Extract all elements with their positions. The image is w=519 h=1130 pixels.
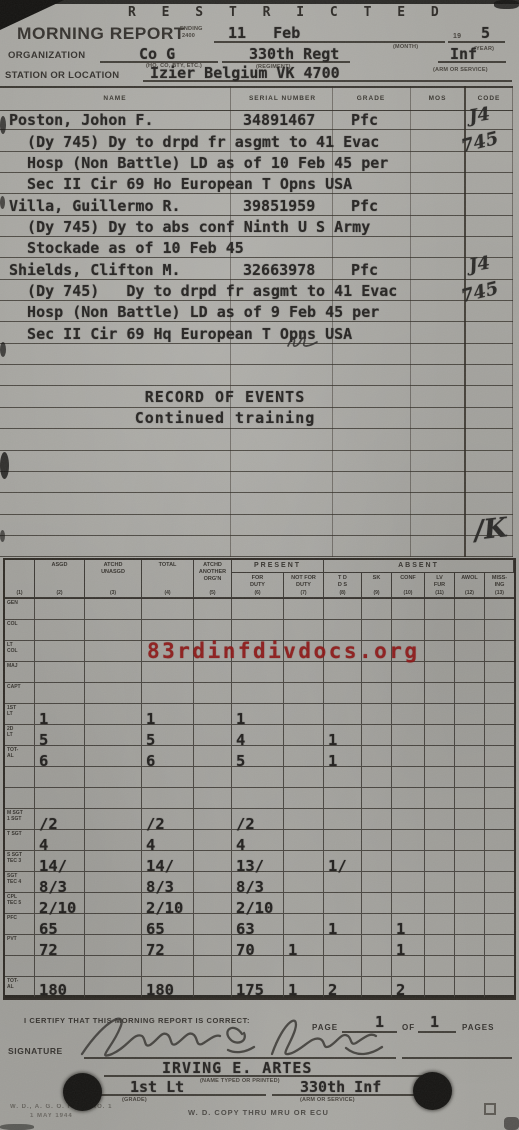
strength-value: 2 — [328, 983, 337, 999]
rank-row-label: TOT- AL — [5, 746, 35, 767]
strength-cell — [485, 683, 514, 704]
strength-cell — [142, 956, 194, 977]
roster-line: Sec II Cir 69 Ho European T Opns USA — [0, 173, 513, 194]
column-header-label: CONF — [400, 575, 416, 582]
record-of-events-text: Continued training — [95, 411, 355, 426]
roster-line — [0, 365, 513, 386]
roster-serial: 32663978 — [243, 263, 315, 278]
roster-line: Sec II Cir 69 Hq European T Opns USA — [0, 322, 513, 343]
strength-cell: 1 — [284, 935, 324, 956]
roster-entry-text: Poston, Johon F. — [9, 113, 154, 128]
roster-line: Hosp (Non Battle) LD as of 10 Feb 45 per — [0, 152, 513, 173]
strength-accounting-table: (1)ASGD(2)ATCHD UNASGD(3)TOTAL(4)ATCHD A… — [3, 558, 516, 1000]
strength-cell — [232, 683, 284, 704]
strength-cell — [324, 830, 362, 851]
strength-cell: 8/3 — [142, 872, 194, 893]
strength-cell: 1 — [142, 704, 194, 725]
column-header-label: ATCHD UNASGD — [101, 562, 125, 576]
strength-cell — [85, 977, 142, 998]
roster-entries: Poston, Johon F.34891467PfcJ4 (Dy 745) D… — [0, 109, 513, 557]
strength-cell — [284, 809, 324, 830]
strength-cell — [485, 725, 514, 746]
scan-edge-bottom-right — [504, 1117, 519, 1130]
roster-line — [0, 493, 513, 514]
column-header-label: ASGD — [52, 562, 68, 569]
scan-blob-left — [0, 116, 6, 134]
column-header: (1) — [5, 560, 35, 598]
strength-cell — [142, 788, 194, 809]
column-header-label: SK — [373, 575, 381, 582]
strength-cell — [194, 599, 232, 620]
strength-cell — [455, 641, 485, 662]
strength-cell — [85, 767, 142, 788]
strength-cell — [425, 641, 455, 662]
strength-cell — [35, 788, 85, 809]
strength-cell — [284, 851, 324, 872]
roster-line — [0, 472, 513, 493]
strength-cell — [324, 704, 362, 725]
morning-report-scan: R E S T R I C T E D MORNING REPORT ENDIN… — [0, 0, 519, 1130]
column-header: SK(9) — [362, 573, 392, 598]
strength-cell — [85, 956, 142, 977]
strength-cell — [425, 620, 455, 641]
strength-cell — [142, 767, 194, 788]
strength-cell — [455, 893, 485, 914]
strength-cell: 6 — [142, 746, 194, 767]
strength-cell — [392, 767, 425, 788]
strength-cell — [455, 872, 485, 893]
strength-cell — [324, 767, 362, 788]
strength-cell — [455, 851, 485, 872]
strength-cell — [85, 893, 142, 914]
strength-cell — [362, 809, 392, 830]
strength-cell — [35, 683, 85, 704]
column-group-label: ABSENT — [324, 560, 514, 573]
strength-cell — [425, 956, 455, 977]
strength-cell — [284, 788, 324, 809]
strength-cell: 8/3 — [232, 872, 284, 893]
strength-cell — [85, 872, 142, 893]
signature-underline-2 — [402, 1040, 512, 1059]
strength-cell — [85, 809, 142, 830]
roster-line — [0, 451, 513, 472]
strength-cell — [284, 914, 324, 935]
officer-arm: 330th Inf — [300, 1080, 381, 1095]
strength-cell — [194, 620, 232, 641]
column-header-label: AWOL — [461, 575, 478, 582]
rank-row-label — [5, 788, 35, 809]
strength-value: 2 — [396, 983, 405, 999]
strength-cell — [392, 599, 425, 620]
strength-cell — [455, 725, 485, 746]
scan-edge-bottom-left — [0, 1124, 34, 1130]
copy-routing-note: W. D. COPY THRU MRU OR ECU — [188, 1108, 329, 1117]
scan-blob-top-right — [494, 0, 519, 9]
column-header-label: PRESENT — [254, 562, 301, 571]
column-header: NOT FOR DUTY(7) — [284, 573, 324, 598]
strength-cell — [362, 893, 392, 914]
org-regt-value: 330th Regt — [249, 47, 339, 62]
column-number: (5) — [209, 590, 215, 596]
form-number-line1: W. D., A. G. O. FORM NO. 1 — [10, 1104, 112, 1110]
column-header-label: NOT FOR DUTY — [291, 575, 316, 589]
strength-cell: 8/3 — [35, 872, 85, 893]
strength-cell — [455, 599, 485, 620]
strength-cell: /2 — [35, 809, 85, 830]
strength-cell — [392, 809, 425, 830]
strength-cell: /2 — [232, 809, 284, 830]
scan-blob-left — [0, 452, 9, 479]
strength-cell — [425, 872, 455, 893]
strength-cell — [142, 599, 194, 620]
signature-label: SIGNATURE — [8, 1046, 63, 1056]
strength-cell — [485, 830, 514, 851]
report-date: 11 Feb — [228, 26, 300, 41]
column-number: (3) — [110, 590, 116, 596]
roster-line: Villa, Guillermo R.39851959Pfc — [0, 194, 513, 215]
strength-cell: 14/ — [142, 851, 194, 872]
strength-table-header: (1)ASGD(2)ATCHD UNASGD(3)TOTAL(4)ATCHD A… — [5, 560, 514, 599]
archive-watermark: 83rdinfdivdocs.org — [147, 641, 420, 662]
roster-line: RECORD OF EVENTS — [0, 386, 513, 407]
rank-row-label — [5, 956, 35, 977]
month-sub-label: (MONTH) — [393, 44, 418, 50]
rank-row-label: MAJ — [5, 662, 35, 683]
strength-cell — [455, 830, 485, 851]
strength-cell — [284, 683, 324, 704]
column-header: TOTAL(4) — [142, 560, 194, 598]
strength-cell — [324, 662, 362, 683]
strength-cell — [284, 704, 324, 725]
strength-cell: 1 — [324, 914, 362, 935]
strength-cell — [392, 620, 425, 641]
roster-line — [0, 429, 513, 450]
roster-line: Stockade as of 10 Feb 45 — [0, 237, 513, 258]
roster-line: /K — [0, 536, 513, 557]
strength-cell: 70 — [232, 935, 284, 956]
strength-cell — [425, 767, 455, 788]
column-number: (13) — [495, 590, 504, 596]
roster-entry-text: Hosp (Non Battle) LD as of 9 Feb 45 per — [9, 305, 379, 320]
column-number: (11) — [435, 590, 444, 596]
strength-cell — [85, 788, 142, 809]
strength-cell — [425, 788, 455, 809]
strength-cell — [85, 620, 142, 641]
strength-cell — [362, 977, 392, 998]
column-header-label: ABSENT — [398, 562, 439, 571]
strength-cell — [284, 767, 324, 788]
strength-cell — [194, 809, 232, 830]
col-serial-number: SERIAL NUMBER — [235, 95, 330, 102]
strength-cell: 5 — [232, 746, 284, 767]
strength-cell — [324, 620, 362, 641]
strength-cell: 175 — [232, 977, 284, 998]
strength-cell — [85, 725, 142, 746]
roster-serial: 34891467 — [243, 113, 315, 128]
form-title: MORNING REPORT — [17, 24, 185, 44]
roster-line: Poston, Johon F.34891467PfcJ4 — [0, 109, 513, 130]
strength-cell — [485, 704, 514, 725]
strength-cell — [324, 956, 362, 977]
organization-label: ORGANIZATION — [8, 50, 85, 61]
strength-cell — [35, 620, 85, 641]
column-group-label: PRESENT — [232, 560, 324, 573]
pages-value: 1 — [430, 1015, 439, 1030]
strength-cell — [194, 872, 232, 893]
strength-cell — [392, 662, 425, 683]
grade-sub-label: (GRADE) — [122, 1097, 147, 1103]
rank-row-label: 1ST LT — [5, 704, 35, 725]
strength-cell — [392, 725, 425, 746]
roster-entry-text: Hosp (Non Battle) LD as of 10 Feb 45 per — [9, 156, 388, 171]
strength-cell — [455, 977, 485, 998]
strength-cell — [455, 746, 485, 767]
rank-row-label: COL — [5, 620, 35, 641]
strength-cell — [392, 704, 425, 725]
roster-entry-text: (Dy 745) Dy to drpd fr asgmt to 41 Evac — [9, 284, 397, 299]
col-name: NAME — [60, 95, 170, 102]
strength-cell: 4 — [232, 830, 284, 851]
handwritten-code: J4 — [467, 253, 491, 277]
strength-cell — [425, 914, 455, 935]
strength-cell — [35, 641, 85, 662]
strength-cell — [455, 935, 485, 956]
station-label: STATION OR LOCATION — [5, 70, 119, 81]
strength-cell — [284, 872, 324, 893]
strength-cell: 4 — [232, 725, 284, 746]
strength-cell — [392, 851, 425, 872]
strength-cell — [362, 767, 392, 788]
roster-entry-text: Stockade as of 10 Feb 45 — [9, 241, 244, 256]
strength-cell: 72 — [142, 935, 194, 956]
strength-cell: 1 — [324, 746, 362, 767]
strength-cell — [194, 788, 232, 809]
strength-cell: 1 — [392, 935, 425, 956]
roster-entry-text: (Dy 745) Dy to drpd fr asgmt to 41 Evac — [9, 135, 379, 150]
strength-cell: 6 — [35, 746, 85, 767]
column-header-label: T D D S — [338, 575, 347, 589]
roster-column-header: NAME SERIAL NUMBER GRADE MOS CODE — [0, 86, 513, 111]
strength-cell — [284, 830, 324, 851]
strength-cell — [425, 746, 455, 767]
org-unit-value: Co G — [139, 47, 175, 62]
strength-cell: /2 — [142, 809, 194, 830]
strength-cell: 4 — [35, 830, 85, 851]
column-number: (10) — [404, 590, 413, 596]
strength-cell — [392, 788, 425, 809]
strength-cell: 1 — [284, 977, 324, 998]
column-number: (6) — [254, 590, 260, 596]
strength-cell — [232, 788, 284, 809]
strength-cell — [425, 809, 455, 830]
handwritten-signature — [76, 1008, 386, 1066]
strength-cell — [485, 872, 514, 893]
strength-cell: 13/ — [232, 851, 284, 872]
strength-cell: 1 — [232, 704, 284, 725]
strength-cell — [362, 599, 392, 620]
roster-line: (Dy 745) Dy to drpd fr asgmt to 41 Evac7… — [0, 130, 513, 151]
strength-cell — [284, 662, 324, 683]
column-number: (1) — [16, 590, 22, 596]
strength-cell — [142, 620, 194, 641]
rank-row-label — [5, 767, 35, 788]
roster-grade: Pfc — [351, 113, 378, 128]
strength-cell — [142, 683, 194, 704]
strength-cell — [485, 662, 514, 683]
rank-row-label: 2D LT — [5, 725, 35, 746]
roster-entry-text: Villa, Guillermo R. — [9, 199, 181, 214]
strength-cell — [324, 935, 362, 956]
roster-grade: Pfc — [351, 263, 378, 278]
strength-cell — [362, 956, 392, 977]
strength-cell — [284, 620, 324, 641]
strength-cell — [455, 704, 485, 725]
strength-cell — [485, 641, 514, 662]
strength-cell: 1 — [35, 704, 85, 725]
strength-cell — [35, 599, 85, 620]
strength-cell — [425, 977, 455, 998]
roster-line: (Dy 745) Dy to drpd fr asgmt to 41 Evac7… — [0, 280, 513, 301]
strength-cell: 72 — [35, 935, 85, 956]
strength-cell: 14/ — [35, 851, 85, 872]
column-header: ATCHD UNASGD(3) — [85, 560, 142, 598]
strength-cell — [362, 725, 392, 746]
strength-cell — [284, 599, 324, 620]
column-number: (8) — [339, 590, 345, 596]
strength-cell — [485, 956, 514, 977]
scan-blob-left — [0, 196, 5, 209]
strength-cell — [392, 893, 425, 914]
roster-line: Hosp (Non Battle) LD as of 9 Feb 45 per — [0, 301, 513, 322]
form-number-line2: 1 MAY 1944 — [30, 1113, 73, 1119]
strength-cell — [455, 683, 485, 704]
strength-value: 180 — [39, 983, 67, 999]
rank-row-label: CPL TEC 5 — [5, 893, 35, 914]
strength-cell — [485, 809, 514, 830]
column-header: ASGD(2) — [35, 560, 85, 598]
strength-cell — [194, 851, 232, 872]
strength-cell — [425, 851, 455, 872]
strength-cell — [324, 683, 362, 704]
column-header-label: FOR DUTY — [250, 575, 265, 589]
strength-cell — [194, 683, 232, 704]
strength-cell — [362, 872, 392, 893]
strength-cell: 2/10 — [142, 893, 194, 914]
strength-cell — [485, 935, 514, 956]
punch-hole-left — [63, 1073, 102, 1111]
column-header-label: TOTAL — [159, 562, 177, 569]
handwritten-code: J4 — [467, 103, 491, 127]
strength-cell — [425, 935, 455, 956]
strength-cell — [324, 809, 362, 830]
restricted-banner: R E S T R I C T E D — [128, 5, 448, 20]
strength-cell — [324, 788, 362, 809]
strength-cell — [284, 746, 324, 767]
roster-entry-text: Sec II Cir 69 Ho European T Opns USA — [9, 177, 352, 192]
strength-cell — [362, 914, 392, 935]
column-header: T D D S(8) — [324, 573, 362, 598]
strength-cell — [194, 662, 232, 683]
strength-value: 175 — [236, 983, 264, 999]
strength-cell — [232, 767, 284, 788]
scan-blob-left — [0, 530, 5, 542]
officer-grade: 1st Lt — [130, 1080, 184, 1095]
strength-cell — [425, 830, 455, 851]
rank-row-label: TOT- AL — [5, 977, 35, 998]
roster-grade: Pfc — [351, 199, 378, 214]
strength-cell — [194, 725, 232, 746]
strength-cell — [392, 872, 425, 893]
col-code: CODE — [468, 95, 510, 102]
roster-line — [0, 515, 513, 536]
strength-cell — [194, 767, 232, 788]
strength-cell: 65 — [142, 914, 194, 935]
strength-cell — [85, 599, 142, 620]
strength-cell: 5 — [142, 725, 194, 746]
strength-cell — [362, 830, 392, 851]
roster-serial: 39851959 — [243, 199, 315, 214]
rank-row-label: T SGT — [5, 830, 35, 851]
of-label: OF — [402, 1023, 415, 1032]
strength-cell — [194, 893, 232, 914]
strength-cell — [284, 956, 324, 977]
rank-row-label: CAPT — [5, 683, 35, 704]
column-number: (9) — [373, 590, 379, 596]
strength-cell — [324, 599, 362, 620]
strength-cell — [232, 662, 284, 683]
strength-cell — [455, 809, 485, 830]
strength-cell: 63 — [232, 914, 284, 935]
strength-cell: 180 — [35, 977, 85, 998]
strength-cell: 2/10 — [232, 893, 284, 914]
strength-cell — [485, 746, 514, 767]
roster-entry-text: Shields, Clifton M. — [9, 263, 181, 278]
strength-cell — [324, 872, 362, 893]
strength-cell — [485, 914, 514, 935]
strength-cell — [85, 830, 142, 851]
rank-row-label: GEN — [5, 599, 35, 620]
strength-cell — [142, 662, 194, 683]
strength-cell: 1 — [392, 914, 425, 935]
pages-label: PAGES — [462, 1023, 494, 1032]
handwritten-check-mark: /K — [472, 512, 508, 546]
strength-cell — [324, 893, 362, 914]
strength-cell — [194, 914, 232, 935]
strength-cell — [362, 704, 392, 725]
strength-value: 180 — [146, 983, 174, 999]
strength-cell — [85, 662, 142, 683]
punch-hole-right — [413, 1072, 452, 1110]
strength-cell — [85, 683, 142, 704]
strength-cell: 1/ — [324, 851, 362, 872]
strength-cell: 65 — [35, 914, 85, 935]
strength-cell — [485, 767, 514, 788]
strength-cell — [232, 599, 284, 620]
strength-cell — [455, 767, 485, 788]
rank-row-label: PVT — [5, 935, 35, 956]
ending-label-line1: ENDING — [180, 26, 203, 32]
strength-cell: 2 — [324, 977, 362, 998]
strength-cell: 4 — [142, 830, 194, 851]
strength-value: 1 — [288, 983, 297, 999]
strength-cell — [362, 620, 392, 641]
strength-cell — [194, 956, 232, 977]
record-of-events-text: RECORD OF EVENTS — [95, 390, 355, 405]
column-number: (4) — [164, 590, 170, 596]
scan-edge-top — [0, 0, 519, 4]
strength-cell — [485, 977, 514, 998]
col-grade: GRADE — [340, 95, 402, 102]
